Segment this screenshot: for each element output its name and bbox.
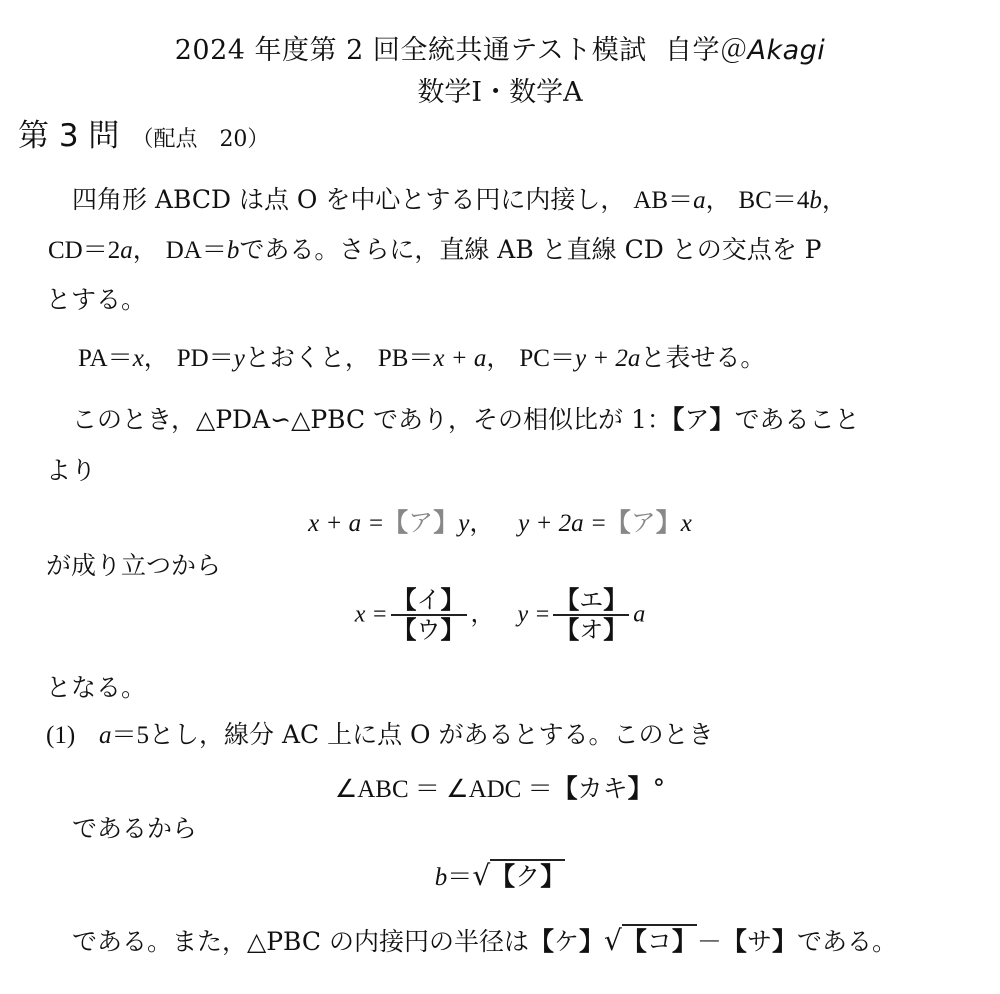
- segment-pc: PC: [519, 345, 550, 372]
- segment-da: DA: [166, 237, 202, 264]
- equals-sign: =: [592, 510, 606, 537]
- intro-line-2: CD＝2a， DA＝bである。さらに，直線 AB と直線 CD との交点を P: [48, 237, 822, 263]
- segment-pb: PB: [378, 345, 409, 372]
- answer-blank-e[interactable]: 【エ】: [553, 588, 629, 616]
- b-equation: b＝√【ク】: [0, 862, 1000, 890]
- equals-sign: ＝: [209, 345, 234, 372]
- fraction-x: 【イ】【ウ】: [391, 588, 467, 642]
- answer-blank-sa[interactable]: 【サ】: [722, 927, 797, 956]
- segment-pa: PA: [78, 345, 108, 372]
- equals-sign: =: [536, 602, 550, 628]
- equals-sign: ＝: [550, 345, 575, 372]
- author-label: 自学＠: [665, 35, 748, 66]
- degree-symbol: °: [653, 774, 666, 803]
- setup-text: と表せる。: [640, 343, 765, 372]
- equals-sign: ＝: [108, 345, 133, 372]
- fraction-y: 【エ】【オ】: [553, 588, 629, 642]
- coef-4: 4: [797, 187, 810, 214]
- var-a: a: [120, 237, 133, 264]
- segment-cd: CD: [48, 237, 83, 264]
- brand-name: Akagi: [747, 35, 825, 66]
- var-b: b: [809, 187, 822, 214]
- sqrt-icon: √: [472, 859, 490, 892]
- intro-line-1: 四角形 ABCD は点 O を中心とする円に内接し， AB＝a， BC＝4b，: [72, 187, 847, 213]
- segment-bc: BC: [739, 187, 772, 214]
- intro-text: である。さらに，直線 AB と直線 CD との交点を P: [239, 235, 821, 264]
- comma: ，: [133, 235, 158, 264]
- setup-text: とおくと，: [245, 343, 370, 372]
- dearukara-text: であるから: [72, 816, 197, 841]
- equals-sign: ＝: [202, 237, 227, 264]
- expr-y-plus-2a: y + 2a: [518, 510, 583, 537]
- setup-line: PA＝x， PD＝yとおくと， PB＝x + a， PC＝y + 2aと表せる。: [78, 345, 765, 371]
- var-y: y: [517, 602, 528, 628]
- incircle-line: である。また，△PBC の内接円の半径は【ケ】√【コ】－【サ】である。: [72, 927, 897, 955]
- answer-blank-u[interactable]: 【ウ】: [391, 616, 467, 642]
- angle-text: ∠ABC ＝ ∠ADC ＝: [335, 776, 553, 803]
- var-x: x: [681, 510, 692, 537]
- var-x: x: [355, 602, 366, 628]
- equals-sign: ＝: [83, 237, 108, 264]
- coef-2: 2: [108, 237, 121, 264]
- question-number: 第 3 問: [18, 118, 119, 154]
- expr-x-plus-a: x + a: [433, 345, 486, 372]
- sqrt-expr: √【コ】: [604, 927, 697, 955]
- expr-x-plus-a: x + a: [308, 510, 361, 537]
- fraction-row: x =【イ】【ウ】， y =【エ】【オ】a: [0, 588, 1000, 642]
- naru-text: となる。: [46, 675, 146, 700]
- var-a: a: [633, 602, 645, 628]
- exam-header-line1: 2024 年度第 2 回全統共通テスト模試 自学＠Akagi: [0, 28, 1000, 67]
- incircle-text: である。また，△PBC の内接円の半径は: [72, 927, 529, 956]
- comma: ，: [822, 185, 847, 214]
- equals-sign: =: [373, 602, 387, 628]
- var-y: y: [234, 345, 245, 372]
- question-points: （配点 20）: [131, 127, 269, 152]
- answer-blank-a-ref[interactable]: 【ア】: [383, 508, 458, 537]
- segment-pd: PD: [177, 345, 209, 372]
- comma: ，: [469, 508, 494, 537]
- part-label: (1): [46, 722, 75, 749]
- value-eq-5: ＝5: [112, 722, 150, 749]
- part1-line: (1) a＝5とし，線分 AC 上に点 O があるとする。このとき: [46, 722, 713, 748]
- angle-equation: ∠ABC ＝ ∠ADC ＝【カキ】°: [0, 776, 1000, 802]
- part1-text: とし，線分 AC 上に点 O があるとする。このとき: [149, 720, 713, 749]
- answer-blank-i[interactable]: 【イ】: [391, 588, 467, 616]
- answer-blank-a[interactable]: 【ア】: [672, 405, 735, 434]
- similarity-line-2: より: [46, 458, 96, 483]
- var-a: a: [693, 187, 706, 214]
- sqrt-icon: √: [604, 924, 622, 957]
- question-heading: 第 3 問（配点 20）: [18, 110, 269, 155]
- equals-sign: ＝: [772, 187, 797, 214]
- answer-blank-ko[interactable]: 【コ】: [622, 924, 697, 956]
- incircle-text: である。: [797, 927, 897, 956]
- similarity-line-1: このとき，△PDA∽△PBC であり，その相似比が 1：【ア】であること: [72, 407, 859, 432]
- answer-blank-a-ref[interactable]: 【ア】: [606, 508, 681, 537]
- sqrt-expr: √【ク】: [472, 862, 565, 890]
- holds-text: が成り立つから: [46, 553, 221, 578]
- equals-sign: ＝: [447, 864, 472, 891]
- answer-blank-o[interactable]: 【オ】: [553, 616, 629, 642]
- comma: ，: [471, 600, 495, 628]
- equals-sign: =: [369, 510, 383, 537]
- var-b: b: [227, 237, 240, 264]
- similarity-text: このとき，△PDA∽△PBC であり，その相似比が 1：: [72, 405, 672, 434]
- answer-blank-ke[interactable]: 【ケ】: [529, 927, 604, 956]
- minus-sign: －: [697, 927, 722, 956]
- subject-title: 数学Ⅰ・数学A: [0, 70, 1000, 109]
- equals-sign: ＝: [668, 187, 693, 214]
- equation-row-1: x + a =【ア】y， y + 2a =【ア】x: [0, 510, 1000, 536]
- var-x: x: [133, 345, 144, 372]
- answer-blank-ku[interactable]: 【ク】: [490, 859, 565, 891]
- expr-y-plus-2a: y + 2a: [575, 345, 640, 372]
- answer-blank-kaki[interactable]: 【カキ】: [553, 774, 653, 803]
- intro-line-3: とする。: [46, 287, 146, 312]
- var-y: y: [458, 510, 469, 537]
- similarity-text: であること: [734, 405, 859, 434]
- var-b: b: [435, 864, 448, 891]
- segment-ab: AB: [633, 187, 668, 214]
- comma: ，: [706, 185, 731, 214]
- intro-text: 四角形 ABCD は点 O を中心とする円に内接し，: [72, 185, 625, 214]
- var-a: a: [99, 722, 112, 749]
- exam-title: 2024 年度第 2 回全統共通テスト模試: [175, 35, 647, 66]
- equals-sign: ＝: [408, 345, 433, 372]
